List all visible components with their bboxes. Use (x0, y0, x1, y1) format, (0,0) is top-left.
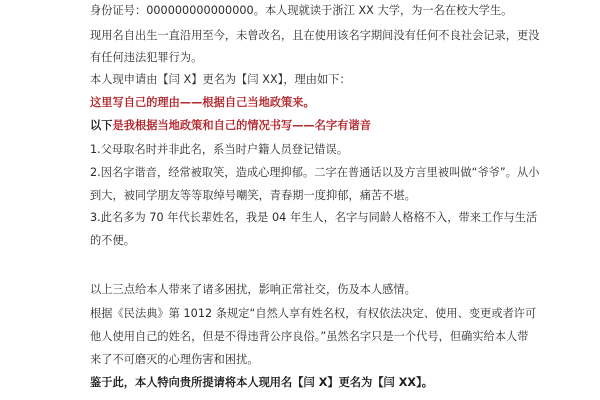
red-note-policy-line: 以下是我根据当地政策和自己的情况书写——名字有谐音 (90, 119, 371, 133)
civil-code-line-2: 他人使用自己的姓名，但是不得违背公序良俗。”虽然名字只是一个代号，但确实给本人带 (90, 330, 529, 344)
civil-code-line-3: 来了不可磨灭的心理伤害和困扰。 (90, 353, 259, 367)
request-line: 本人现申请由【闫 X】更名为【闫 XX】，理由如下： (90, 73, 351, 87)
id-number-line: 身份证号：000000000000000。本人现就读于浙江 XX 大学，为一名在… (90, 4, 512, 18)
name-history-line-1: 现用名自出生一直沿用至今，未曾改名，且在使用该名字期间没有任何不良社会记录，更没 (90, 29, 540, 43)
reason-3-line-1: 3.此名多为 70 年代长辈姓名，我是 04 年生人，名字与同龄人格格不入，带来… (90, 211, 537, 225)
civil-code-line-1: 根据《民法典》第 1012 条规定“自然人享有姓名权，有权依法决定、使用、变更或… (90, 307, 536, 321)
red-note-reason-instruction: 这里写自己的理由——根据自己当地政策来。 (90, 96, 315, 110)
reason-2-line-1: 2.因名字谐音，经常被取笑，造成心理抑郁。二字在普通话以及方言里被叫做“爷爷”。… (90, 166, 540, 180)
red-note-policy-text: 是我根据当地政策和自己的情况书写——名字有谐音 (112, 119, 370, 132)
reason-1: 1.父母取名时并非此名，系当时户籍人员登记错误。 (90, 143, 348, 157)
conclusion-line: 鉴于此，本人特向贵所提请将本人现用名【闫 X】更名为【闫 XX】。 (90, 376, 433, 390)
summary-line: 以上三点给本人带来了诸多困扰，影响正常社交，伤及本人感情。 (90, 283, 416, 297)
red-note-prefix: 以下 (90, 119, 112, 132)
reason-3-line-2: 的不便。 (90, 234, 135, 248)
name-history-line-2: 有任何违法犯罪行为。 (90, 51, 202, 65)
reason-2-line-2: 到大，被同学朋友等等取绰号嘲笑，青春期一度抑郁，痛苦不堪。 (90, 189, 416, 203)
